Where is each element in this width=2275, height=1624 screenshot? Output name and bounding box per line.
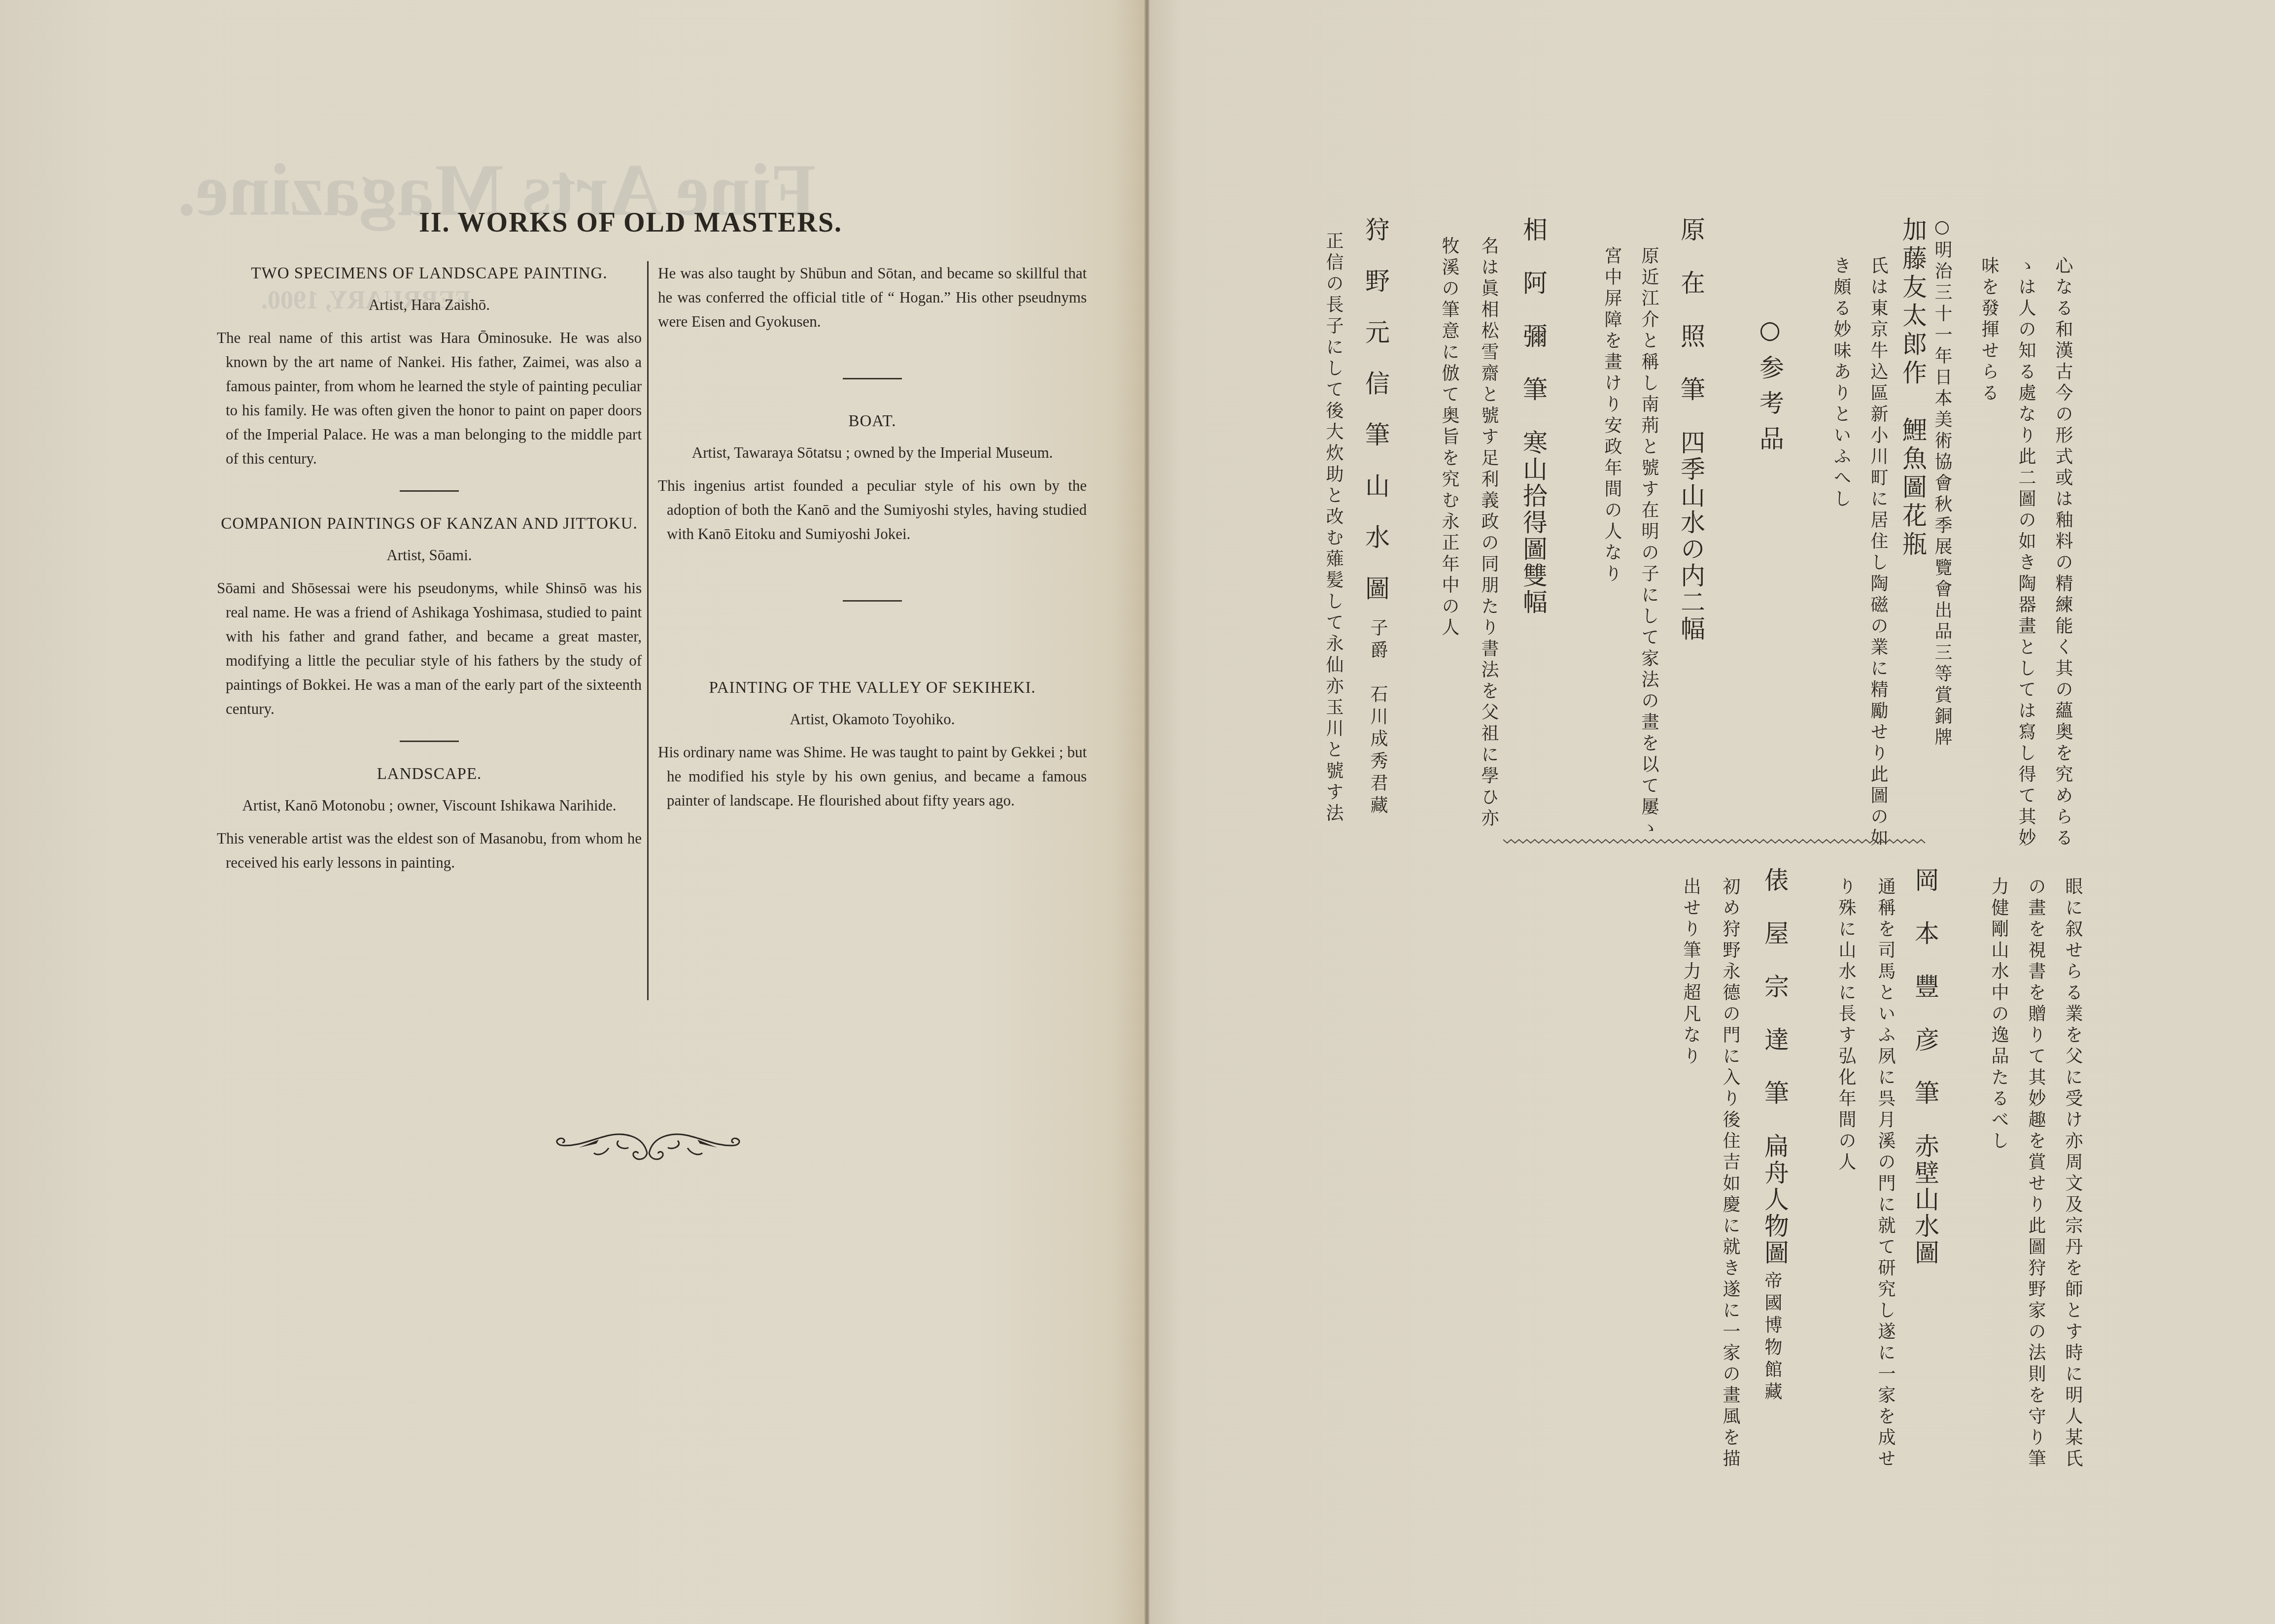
article-body: The real name of this artist was Hara Ōm… <box>217 326 642 471</box>
article-landscape-continued: He was also taught by Shūbun and Sōtan, … <box>658 261 1087 334</box>
jp-okamoto-line-2: り殊に山水に長す弘化年間の人 <box>1833 877 1859 1174</box>
jp-kano-owner: 子爵 石川成秀君藏 <box>1365 618 1390 818</box>
jp-sotatsu-line-2: 出せり筆力超凡なり <box>1678 877 1703 1068</box>
section-title: II. WORKS OF OLD MASTERS. <box>419 207 892 238</box>
article-kanzan-jittoku: COMPANION PAINTINGS OF KANZAN AND JITTOK… <box>217 511 642 721</box>
article-boat: BOAT. Artist, Tawaraya Sōtatsu ; owned b… <box>658 409 1087 546</box>
jp-soami-title: 相 阿 彌 筆 寒山拾得圖雙幅 <box>1516 217 1551 616</box>
jp-kano-title: 狩 野 元 信 筆 山 水 圖 <box>1358 217 1393 601</box>
article-heading: LANDSCAPE. <box>217 762 642 786</box>
article-body: Sōami and Shōsessai were his pseudonyms,… <box>217 576 642 721</box>
jp-sotatsu-owner: 帝國博物館藏 <box>1759 1271 1785 1404</box>
article-artist: Artist, Okamoto Toyohiko. <box>658 707 1087 731</box>
jp-intro-line-2: ゝは人の知る處なり此二圖の如き陶器畫としては寫し得て其妙 <box>2013 256 2038 849</box>
article-artist: Artist, Kanō Motonobu ; owner, Viscount … <box>217 793 642 817</box>
left-text-column: TWO SPECIMENS OF LANDSCAPE PAINTING. Art… <box>217 261 642 875</box>
article-heading: BOAT. <box>658 409 1087 434</box>
article-heading: TWO SPECIMENS OF LANDSCAPE PAINTING. <box>217 261 642 286</box>
article-heading: COMPANION PAINTINGS OF KANZAN AND JITTOK… <box>217 511 642 536</box>
article-body: This venerable artist was the eldest son… <box>217 826 642 875</box>
jp-continued-line-3: 力健剛山水中の逸品たるべし <box>1986 877 2011 1152</box>
article-body: He was also taught by Shūbun and Sōtan, … <box>658 261 1087 334</box>
jp-kato-line-2: き頗る妙味ありといふへし <box>1828 256 1854 510</box>
section-separator <box>843 378 902 379</box>
jp-hara-line-2: 宮中屏障を畫けり安政年間の人なり <box>1599 246 1624 585</box>
article-artist: Artist, Sōami. <box>217 543 642 567</box>
article-heading: PAINTING OF THE VALLEY OF SEKIHEKI. <box>658 676 1087 700</box>
jp-okamoto-line-1: 通稱を司馬といふ夙に呉月溪の門に就て研究し遂に一家を成せ <box>1873 877 1898 1470</box>
article-body: His ordinary name was Shime. He was taug… <box>658 740 1087 812</box>
section-separator <box>843 600 902 602</box>
jp-reference-heading: ○参考品 <box>1752 315 1788 461</box>
jp-okamoto-title: 岡 本 豐 彦 筆 赤壁山水圖 <box>1907 867 1943 1266</box>
jp-intro-line-3: 味を發揮せらる <box>1976 256 2001 405</box>
jp-continued-line-2: の畫を視書を贈りて其妙趣を賞せり此圖狩野家の法則を守り筆 <box>2023 877 2048 1470</box>
jp-continued-line-1: 眼に叙せらる業を父に受け亦周文及宗丹を師とす時に明人某氏 <box>2060 877 2085 1470</box>
article-artist: Artist, Hara Zaishō. <box>217 293 642 317</box>
jp-intro-line-1: 心なる和漢古今の形式或は釉料の精練能く其の蘊奥を究めらる <box>2050 256 2075 849</box>
right-text-column: He was also taught by Shūbun and Sōtan, … <box>658 261 1087 812</box>
article-body: This ingenius artist founded a peculiar … <box>658 474 1087 546</box>
section-separator <box>400 741 459 742</box>
jp-kano-line-1: 正信の長子にして後大炊助と改む薙髪して永仙亦玉川と號す法 <box>1321 232 1346 825</box>
jp-sotatsu-title: 俵 屋 宗 達 筆 扁舟人物圖 <box>1757 867 1792 1266</box>
wavy-divider <box>1503 838 1927 845</box>
article-landscape-pair: TWO SPECIMENS OF LANDSCAPE PAINTING. Art… <box>217 261 642 471</box>
jp-kato-line-1: 氏は東京牛込區新小川町に居住し陶磁の業に精勵せり此圖の如 <box>1865 256 1891 849</box>
article-sekiheki: PAINTING OF THE VALLEY OF SEKIHEKI. Arti… <box>658 676 1087 812</box>
jp-soami-line-2: 牧溪の筆意に倣て奥旨を究む永正年中の人 <box>1437 237 1462 639</box>
jp-hara-title: 原 在 照 筆 四季山水の内二幅 <box>1673 217 1709 643</box>
jp-kato-title: 加藤友太郎作 鯉魚圖花瓶 <box>1895 217 1930 560</box>
jp-hara-line-1: 原近江介と稱し南荊と號す在明の子にして家法の畫を以て屢ゝ <box>1636 246 1661 840</box>
article-landscape: LANDSCAPE. Artist, Kanō Motonobu ; owner… <box>217 762 642 875</box>
right-page <box>1148 0 2275 1624</box>
jp-sotatsu-line-1: 初め狩野永德の門に入り後住吉如慶に就き遂に一家の畫風を描 <box>1718 877 1743 1470</box>
column-divider <box>647 261 649 1000</box>
decorative-flourish-icon <box>550 1126 747 1165</box>
article-artist: Artist, Tawaraya Sōtatsu ; owned by the … <box>658 440 1087 465</box>
section-separator <box>400 490 459 492</box>
book-gutter <box>1144 0 1149 1624</box>
jp-award-line: ○明治三十一年日本美術協會秋季展覽會出品三等賞銅牌 <box>1930 217 1955 749</box>
jp-soami-line-1: 名は眞相松雪齋と號す足利義政の同朋たり書法を父祖に學ひ亦 <box>1476 237 1501 830</box>
